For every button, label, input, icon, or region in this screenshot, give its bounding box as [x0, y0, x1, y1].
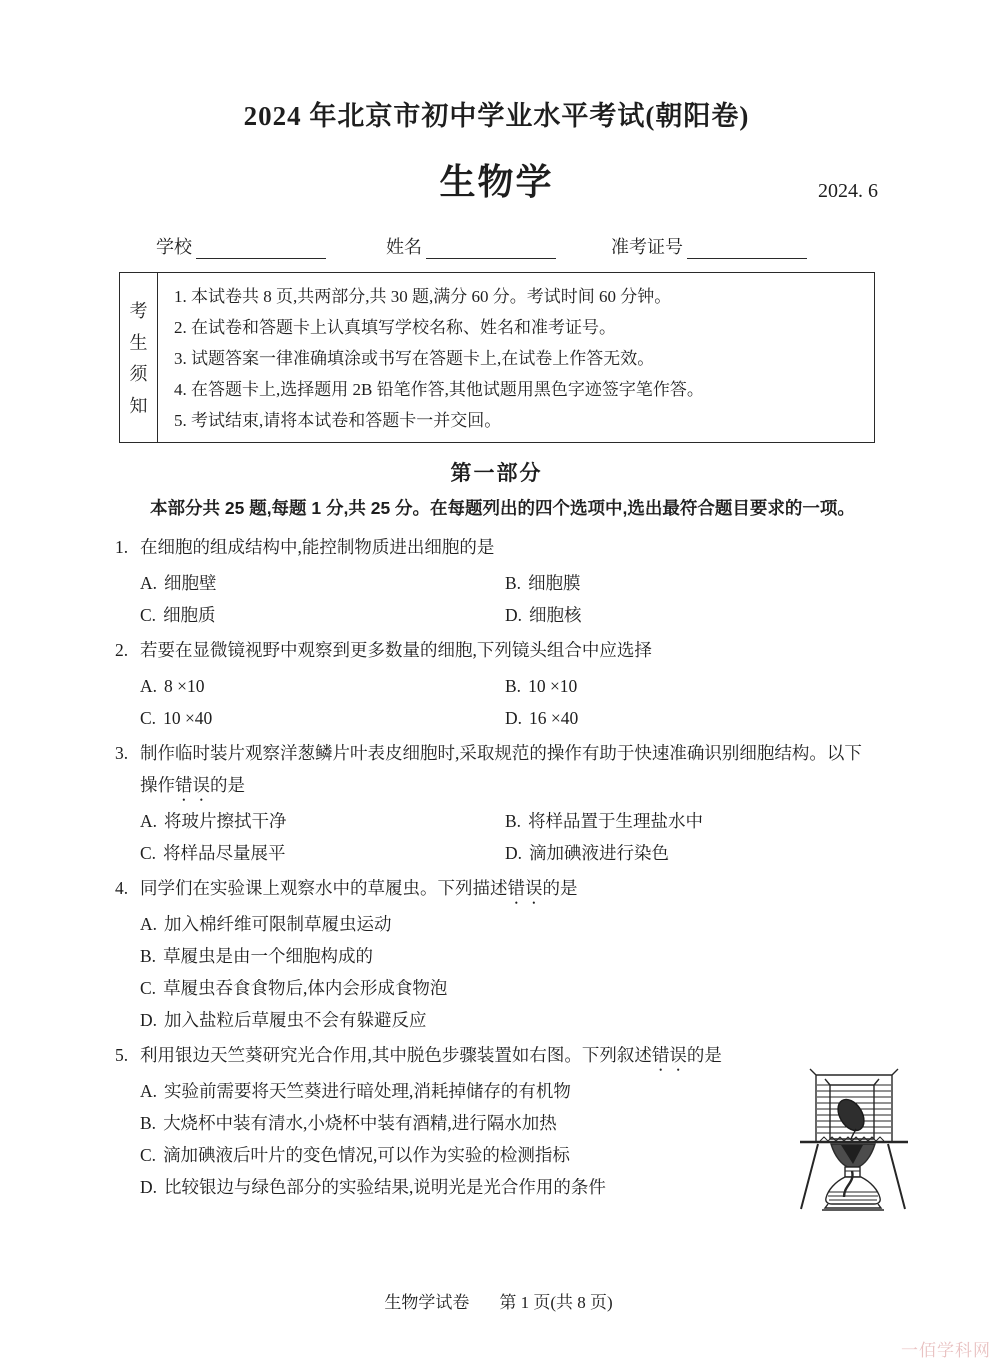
option-d: D.加入盐粒后草履虫不会有躲避反应: [140, 1004, 878, 1036]
question-3: 3. 制作临时装片观察洋葱鳞片叶表皮细胞时,采取规范的操作有助于快速准确识别细胞…: [115, 737, 878, 869]
question-text: 在细胞的组成结构中,能控制物质进出细胞的是: [140, 531, 878, 567]
option-text: 细胞核: [529, 605, 582, 625]
subject-title: 生物学: [115, 159, 878, 205]
notice-side-char: 生: [130, 329, 148, 355]
option-label: A.: [140, 811, 157, 831]
page-content: 2024 年北京市初中学业水平考试(朝阳卷) 生物学 2024. 6 学校 姓名…: [0, 0, 997, 1203]
option-c: C.将样品尽量展平: [140, 837, 505, 869]
stem-emphasis: 错误: [652, 1045, 687, 1065]
option-d: D.比较银边与绿色部分的实验结果,说明光是光合作用的条件: [140, 1171, 878, 1203]
option-text: 16 ×40: [529, 708, 578, 728]
notice-side-char: 考: [130, 297, 148, 323]
option-label: C.: [140, 978, 156, 998]
question-2: 2. 若要在显微镜视野中观察到更多数量的细胞,下列镜头组合中应选择 A.8 ×1…: [115, 634, 878, 734]
stem-emphasis: 错误: [175, 775, 210, 795]
option-label: D.: [140, 1010, 157, 1030]
notice-side-label: 考 生 须 知: [120, 273, 158, 442]
subject-row: 生物学 2024. 6: [115, 159, 878, 205]
footer-page-number: 第 1 页(共 8 页): [499, 1293, 612, 1312]
option-text: 草履虫吞食食物后,体内会形成食物泡: [163, 978, 447, 998]
option-d: D.滴加碘液进行染色: [505, 837, 878, 869]
option-a: A.细胞壁: [140, 567, 505, 599]
question-text: 同学们在实验课上观察水中的草履虫。下列描述错误的是: [140, 872, 878, 908]
school-label: 学校: [156, 233, 192, 259]
option-b: B.将样品置于生理盐水中: [505, 805, 878, 837]
option-b: B.草履虫是由一个细胞构成的: [140, 940, 878, 972]
question-2-stem: 2. 若要在显微镜视野中观察到更多数量的细胞,下列镜头组合中应选择: [115, 634, 878, 670]
name-label: 姓名: [386, 233, 422, 259]
option-text: 滴加碘液后叶片的变色情况,可以作为实验的检测指标: [163, 1145, 570, 1165]
option-label: D.: [505, 605, 522, 625]
question-number: 5.: [115, 1039, 140, 1075]
question-number: 2.: [115, 634, 140, 670]
option-b: B.细胞膜: [505, 567, 878, 599]
notice-items: 1. 本试卷共 8 页,共两部分,共 30 题,满分 60 分。考试时间 60 …: [158, 273, 874, 442]
option-text: 将玻片擦拭干净: [164, 811, 287, 831]
option-label: A.: [140, 676, 157, 696]
question-3-options: A.将玻片擦拭干净 B.将样品置于生理盐水中 C.将样品尽量展平 D.滴加碘液进…: [115, 805, 878, 869]
option-c: C.细胞质: [140, 599, 505, 631]
option-text: 细胞膜: [528, 573, 581, 593]
candidate-info-row: 学校 姓名 准考证号: [115, 229, 878, 259]
option-text: 10 ×40: [163, 708, 212, 728]
option-label: A.: [140, 573, 157, 593]
option-text: 8 ×10: [164, 676, 205, 696]
notice-item: 4. 在答题卡上,选择题用 2B 铅笔作答,其他试题用黑色字迹签字笔作答。: [174, 374, 868, 405]
question-text: 若要在显微镜视野中观察到更多数量的细胞,下列镜头组合中应选择: [140, 634, 878, 670]
option-label: A.: [140, 914, 157, 934]
notice-side-char: 知: [130, 392, 148, 418]
question-4-options: A.加入棉纤维可限制草履虫运动 B.草履虫是由一个细胞构成的 C.草履虫吞食食物…: [115, 908, 878, 1036]
name-blank-line: [426, 236, 556, 259]
option-label: C.: [140, 1145, 156, 1165]
option-text: 将样品置于生理盐水中: [528, 811, 703, 831]
stem-text: 制作临时装片观察洋葱鳞片叶表皮细胞时,采取规范的操作有助于快速准确识别细胞结构。…: [140, 743, 862, 795]
question-2-options: A.8 ×10 B.10 ×10 C.10 ×40 D.16 ×40: [115, 670, 878, 734]
stem-text: 的是: [543, 878, 578, 898]
notice-item: 5. 考试结束,请将本试卷和答题卡一并交回。: [174, 405, 868, 436]
option-label: D.: [505, 708, 522, 728]
question-4: 4. 同学们在实验课上观察水中的草履虫。下列描述错误的是 A.加入棉纤维可限制草…: [115, 872, 878, 1036]
option-a: A.8 ×10: [140, 670, 505, 702]
part1-intro: 本部分共 25 题,每题 1 分,共 25 分。在每题列出的四个选项中,选出最符…: [115, 495, 878, 523]
notice-item: 1. 本试卷共 8 页,共两部分,共 30 题,满分 60 分。考试时间 60 …: [174, 281, 868, 312]
stem-text: 的是: [687, 1045, 722, 1065]
exam-title: 2024 年北京市初中学业水平考试(朝阳卷): [115, 97, 878, 135]
option-text: 将样品尽量展平: [163, 843, 286, 863]
option-d: D.细胞核: [505, 599, 878, 631]
notice-item: 2. 在试卷和答题卡上认真填写学校名称、姓名和准考证号。: [174, 312, 868, 343]
option-c: C.草履虫吞食食物后,体内会形成食物泡: [140, 972, 878, 1004]
question-1-stem: 1. 在细胞的组成结构中,能控制物质进出细胞的是: [115, 531, 878, 567]
footer-paper-name: 生物学试卷: [384, 1293, 469, 1312]
exam-paper-page: 2024 年北京市初中学业水平考试(朝阳卷) 生物学 2024. 6 学校 姓名…: [0, 0, 997, 1365]
option-label: B.: [140, 946, 156, 966]
option-text: 比较银边与绿色部分的实验结果,说明光是光合作用的条件: [164, 1177, 606, 1197]
question-number: 4.: [115, 872, 140, 908]
option-text: 大烧杯中装有清水,小烧杯中装有酒精,进行隔水加热: [163, 1113, 557, 1133]
option-label: C.: [140, 708, 156, 728]
option-label: C.: [140, 605, 156, 625]
option-text: 实验前需要将天竺葵进行暗处理,消耗掉储存的有机物: [164, 1081, 571, 1101]
notice-side-char: 须: [130, 360, 148, 386]
option-c: C.滴加碘液后叶片的变色情况,可以作为实验的检测指标: [140, 1139, 878, 1171]
question-1: 1. 在细胞的组成结构中,能控制物质进出细胞的是 A.细胞壁 B.细胞膜 C.细…: [115, 531, 878, 631]
stem-text: 同学们在实验课上观察水中的草履虫。下列描述: [140, 878, 508, 898]
stem-emphasis: 错误: [508, 878, 543, 898]
question-text: 利用银边天竺葵研究光合作用,其中脱色步骤装置如右图。下列叙述错误的是: [140, 1039, 878, 1075]
exam-date: 2024. 6: [818, 180, 878, 203]
option-a: A.将玻片擦拭干净: [140, 805, 505, 837]
question-5-stem: 5. 利用银边天竺葵研究光合作用,其中脱色步骤装置如右图。下列叙述错误的是: [115, 1039, 878, 1075]
option-label: D.: [505, 843, 522, 863]
question-number: 1.: [115, 531, 140, 567]
option-a: A.加入棉纤维可限制草履虫运动: [140, 908, 878, 940]
question-number: 3.: [115, 737, 140, 805]
part1-heading: 第一部分: [115, 460, 878, 488]
option-text: 滴加碘液进行染色: [529, 843, 669, 863]
exam-no-label: 准考证号: [611, 233, 683, 259]
option-text: 细胞质: [163, 605, 216, 625]
option-label: A.: [140, 1081, 157, 1101]
exam-no-blank-line: [687, 236, 807, 259]
stem-text: 在细胞的组成结构中,能控制物质进出细胞的是: [140, 537, 494, 557]
stem-text: 利用银边天竺葵研究光合作用,其中脱色步骤装置如右图。下列叙述: [140, 1045, 652, 1065]
school-blank-line: [196, 236, 326, 259]
stem-text: 的是: [210, 775, 245, 795]
option-label: B.: [505, 811, 521, 831]
option-b: B.大烧杯中装有清水,小烧杯中装有酒精,进行隔水加热: [140, 1107, 878, 1139]
question-text: 制作临时装片观察洋葱鳞片叶表皮细胞时,采取规范的操作有助于快速准确识别细胞结构。…: [140, 737, 878, 805]
option-label: B.: [140, 1113, 156, 1133]
option-text: 加入棉纤维可限制草履虫运动: [164, 914, 392, 934]
option-d: D.16 ×40: [505, 702, 878, 734]
question-5: 5. 利用银边天竺葵研究光合作用,其中脱色步骤装置如右图。下列叙述错误的是 A.…: [115, 1039, 878, 1203]
option-text: 10 ×10: [528, 676, 577, 696]
option-a: A.实验前需要将天竺葵进行暗处理,消耗掉储存的有机物: [140, 1075, 878, 1107]
option-text: 加入盐粒后草履虫不会有躲避反应: [164, 1010, 427, 1030]
option-b: B.10 ×10: [505, 670, 878, 702]
notice-item: 3. 试题答案一律准确填涂或书写在答题卡上,在试卷上作答无效。: [174, 343, 868, 374]
candidate-notice-box: 考 生 须 知 1. 本试卷共 8 页,共两部分,共 30 题,满分 60 分。…: [119, 272, 875, 443]
question-4-stem: 4. 同学们在实验课上观察水中的草履虫。下列描述错误的是: [115, 872, 878, 908]
option-text: 细胞壁: [164, 573, 217, 593]
question-5-options: A.实验前需要将天竺葵进行暗处理,消耗掉储存的有机物 B.大烧杯中装有清水,小烧…: [115, 1075, 878, 1203]
option-c: C.10 ×40: [140, 702, 505, 734]
decolorization-apparatus-figure: [798, 1061, 910, 1211]
stem-text: 若要在显微镜视野中观察到更多数量的细胞,下列镜头组合中应选择: [140, 640, 652, 660]
page-footer: 生物学试卷第 1 页(共 8 页): [0, 1288, 997, 1313]
watermark: 一佰学科网: [901, 1336, 991, 1361]
question-list: 1. 在细胞的组成结构中,能控制物质进出细胞的是 A.细胞壁 B.细胞膜 C.细…: [115, 531, 878, 1203]
question-3-stem: 3. 制作临时装片观察洋葱鳞片叶表皮细胞时,采取规范的操作有助于快速准确识别细胞…: [115, 737, 878, 805]
option-text: 草履虫是由一个细胞构成的: [163, 946, 373, 966]
option-label: C.: [140, 843, 156, 863]
option-label: D.: [140, 1177, 157, 1197]
option-label: B.: [505, 573, 521, 593]
question-1-options: A.细胞壁 B.细胞膜 C.细胞质 D.细胞核: [115, 567, 878, 631]
option-label: B.: [505, 676, 521, 696]
